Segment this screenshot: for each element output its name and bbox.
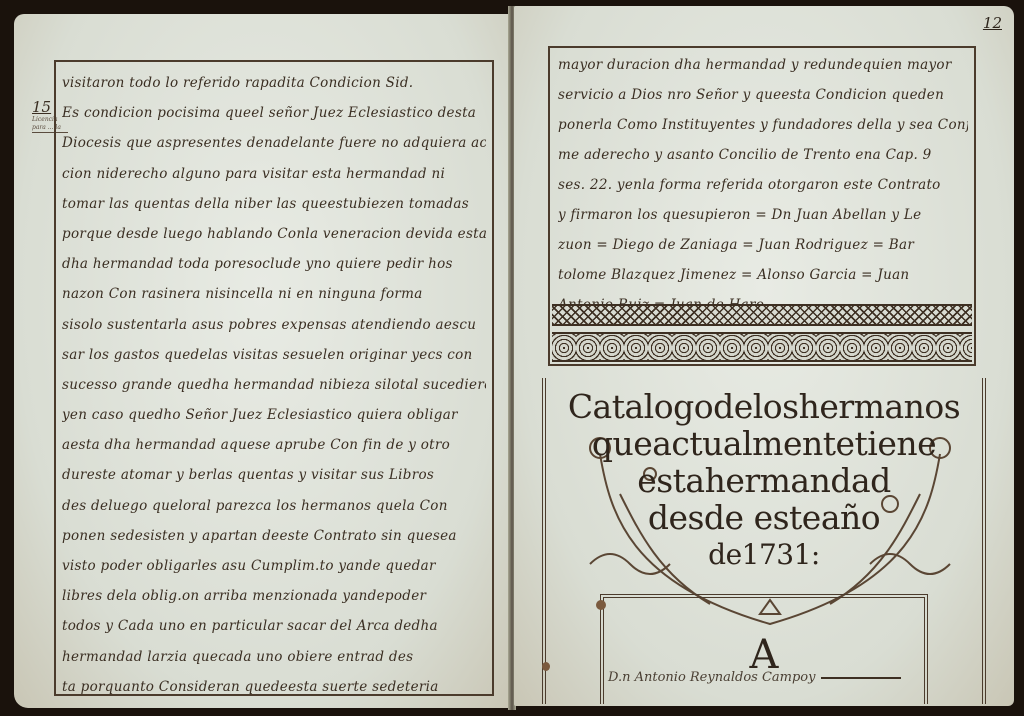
manuscript-line: dha hermandad toda poresoclude yno quier… [62, 249, 486, 279]
manuscript-line: porque desde luego hablando Conla venera… [62, 219, 486, 249]
manuscript-line: zuon = Diego de Zaniaga = Juan Rodriguez… [558, 230, 968, 260]
title-line: queactualmentetiene [546, 425, 982, 462]
page-number: 12 [983, 14, 1002, 32]
manuscript-line: mayor duracion dha hermandad y redundequ… [558, 50, 968, 80]
ink-blot [542, 662, 550, 671]
manuscript-line: sisolo sustentarla asus pobres expensas … [62, 310, 486, 340]
manuscript-line: nazon Con rasinera nisincella ni en ning… [62, 279, 486, 309]
manuscript-line: visto poder obligarles asu Cumplim.to ya… [62, 551, 486, 581]
right-text-lines: mayor duracion dha hermandad y redundequ… [558, 50, 968, 320]
signature-text: D.n Antonio Reynaldos Campoy [608, 670, 815, 685]
manuscript-line: libres dela oblig.on arriba menzionada y… [62, 581, 486, 611]
manuscript-line: Es condicion pocisima queel señor Juez E… [62, 98, 486, 128]
manuscript-line: ponerla Como Instituyentes y fundadores … [558, 110, 968, 140]
signature: D.n Antonio Reynaldos Campoy [608, 670, 901, 685]
manuscript-line: todos y Cada uno en particular sacar del… [62, 611, 486, 641]
catalog-title-frame: Catalogodeloshermanosqueactualmentetiene… [542, 378, 986, 704]
manuscript-line: cion niderecho alguno para visitar esta … [62, 159, 486, 189]
manuscript-line: y firmaron los quesupieron = Dn Juan Abe… [558, 200, 968, 230]
manuscript-line: aesta dha hermandad aquese aprube Con fi… [62, 430, 486, 460]
manuscript-line: Diocesis que aspresentes denadelante fue… [62, 128, 486, 158]
title-line: de1731: [546, 536, 982, 573]
manuscript-line: sucesso grande quedha hermandad nibieza … [62, 370, 486, 400]
title-line: estahermandad [546, 462, 982, 499]
manuscript-line: des deluego queloral parezca los hermano… [62, 491, 486, 521]
right-page: 12 mayor duracion dha hermandad y redund… [514, 6, 1014, 706]
left-text-frame: visitaron todo lo referido rapadita Cond… [54, 60, 494, 696]
title-line: desde esteaño [546, 499, 982, 536]
manuscript-line: me aderecho y asanto Concilio de Trento … [558, 140, 968, 170]
manuscript-line: hermandad larzia queсada uno obiere entr… [62, 642, 486, 672]
manuscript-line: visitaron todo lo referido rapadita Cond… [62, 68, 486, 98]
ink-blot [596, 600, 606, 610]
catalog-title: Catalogodeloshermanosqueactualmentetiene… [546, 388, 982, 573]
manuscript-line: tolome Blazquez Jimenez = Alonso Garcia … [558, 260, 968, 290]
lattice-border-band [552, 304, 972, 326]
manuscript-spread: 15 Licencia para ... la visitaron todo l… [0, 0, 1024, 716]
manuscript-line: sar los gastos quedelas visitas sesuelen… [62, 340, 486, 370]
right-text-frame: mayor duracion dha hermandad y redundequ… [548, 46, 976, 366]
signature-rule [821, 677, 901, 679]
title-line: Catalogodeloshermanos [546, 388, 982, 425]
manuscript-line: servicio a Dios nro Señor y queesta Cond… [558, 80, 968, 110]
manuscript-line: ta porquanto Consideran quedeesta suerte… [62, 672, 486, 702]
manuscript-line: ponen sedesisten y apartan deeste Contra… [62, 521, 486, 551]
scroll-ornament-band [552, 332, 972, 362]
left-text-lines: visitaron todo lo referido rapadita Cond… [62, 68, 486, 702]
manuscript-line: tomar las quentas della niber las queest… [62, 189, 486, 219]
manuscript-line: dureste atomar y berlas quentas y visita… [62, 460, 486, 490]
left-page: 15 Licencia para ... la visitaron todo l… [14, 14, 510, 708]
manuscript-line: ses. 22. yenla forma referida otorgaron … [558, 170, 968, 200]
manuscript-line: yen caso quedho Señor Juez Eclesiastico … [62, 400, 486, 430]
